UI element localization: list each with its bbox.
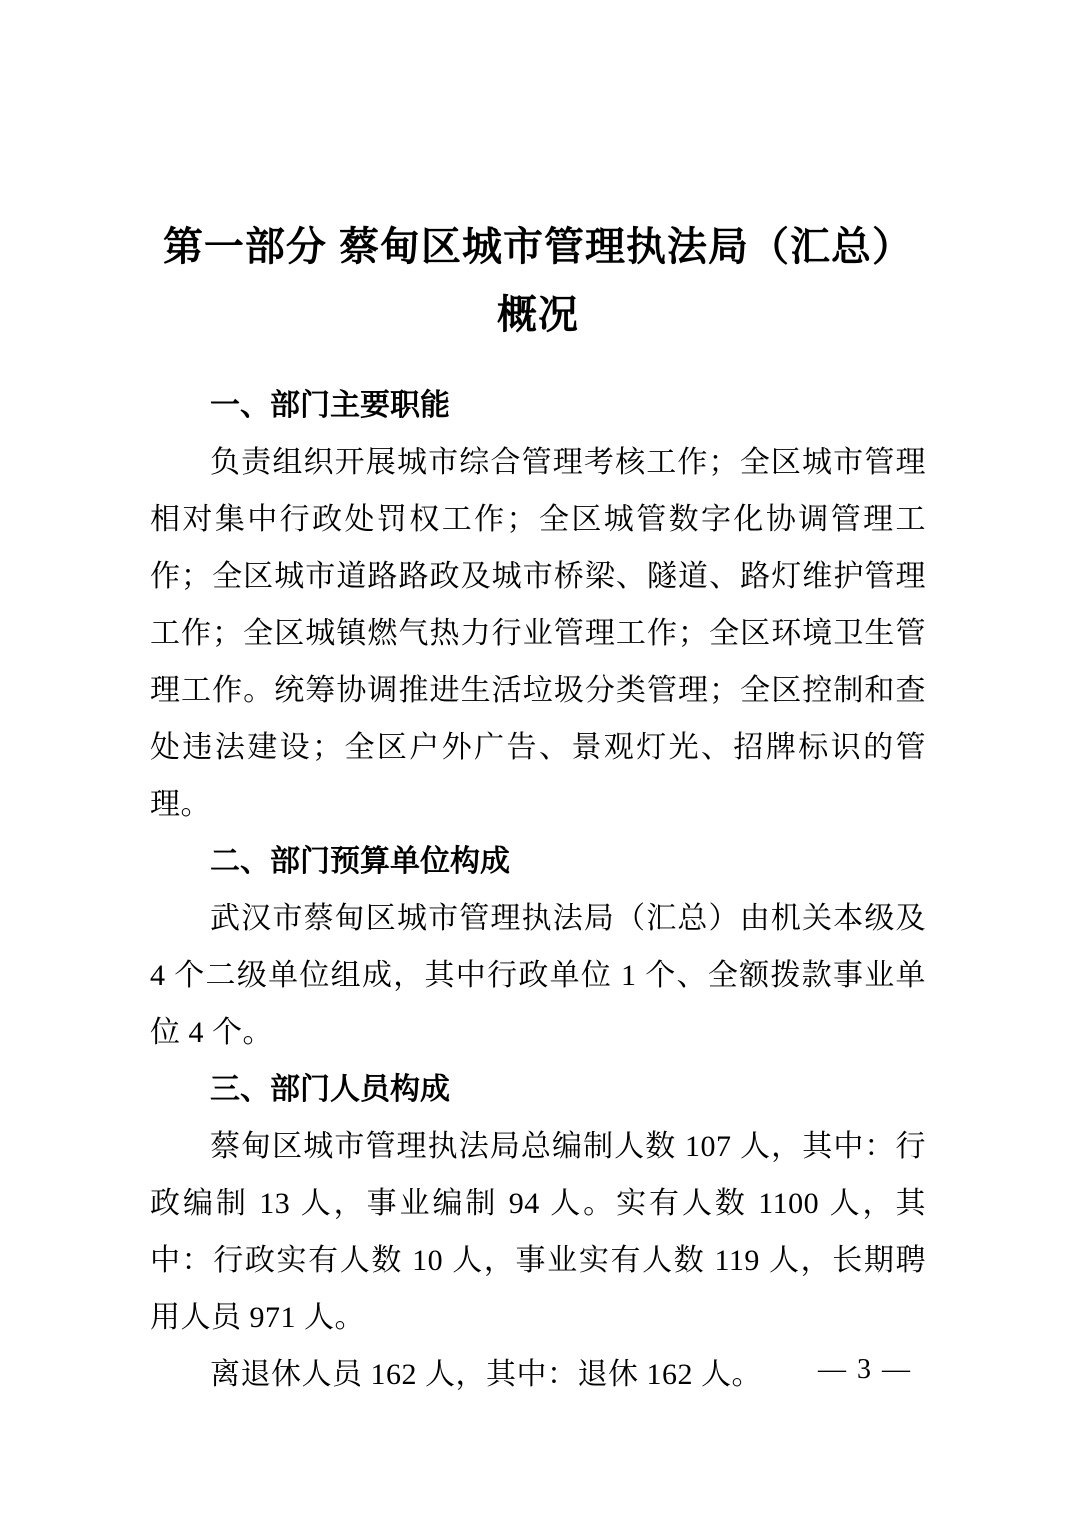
document-body: 一、部门主要职能 负责组织开展城市综合管理考核工作；全区城市管理相对集中行政处罚…	[150, 377, 926, 1403]
section-heading-functions: 一、部门主要职能	[150, 377, 926, 434]
document-title-line1: 第一部分 蔡甸区城市管理执法局（汇总）	[150, 213, 926, 281]
document-content: 第一部分 蔡甸区城市管理执法局（汇总） 概况 一、部门主要职能 负责组织开展城市…	[150, 213, 926, 1403]
document-page: 第一部分 蔡甸区城市管理执法局（汇总） 概况 一、部门主要职能 负责组织开展城市…	[0, 0, 1074, 1520]
section-heading-personnel: 三、部门人员构成	[150, 1061, 926, 1118]
paragraph-budget-units: 武汉市蔡甸区城市管理执法局（汇总）由机关本级及 4 个二级单位组成，其中行政单位…	[150, 890, 926, 1061]
document-title-line2: 概况	[150, 281, 926, 349]
section-heading-budget-units: 二、部门预算单位构成	[150, 833, 926, 890]
paragraph-functions: 负责组织开展城市综合管理考核工作；全区城市管理相对集中行政处罚权工作；全区城管数…	[150, 434, 926, 833]
document-title: 第一部分 蔡甸区城市管理执法局（汇总） 概况	[150, 213, 926, 349]
paragraph-retirees: 离退休人员 162 人，其中：退休 162 人。	[150, 1346, 926, 1403]
paragraph-personnel-counts: 蔡甸区城市管理执法局总编制人数 107 人，其中：行政编制 13 人，事业编制 …	[150, 1118, 926, 1346]
page-number: — 3 —	[818, 1350, 912, 1390]
